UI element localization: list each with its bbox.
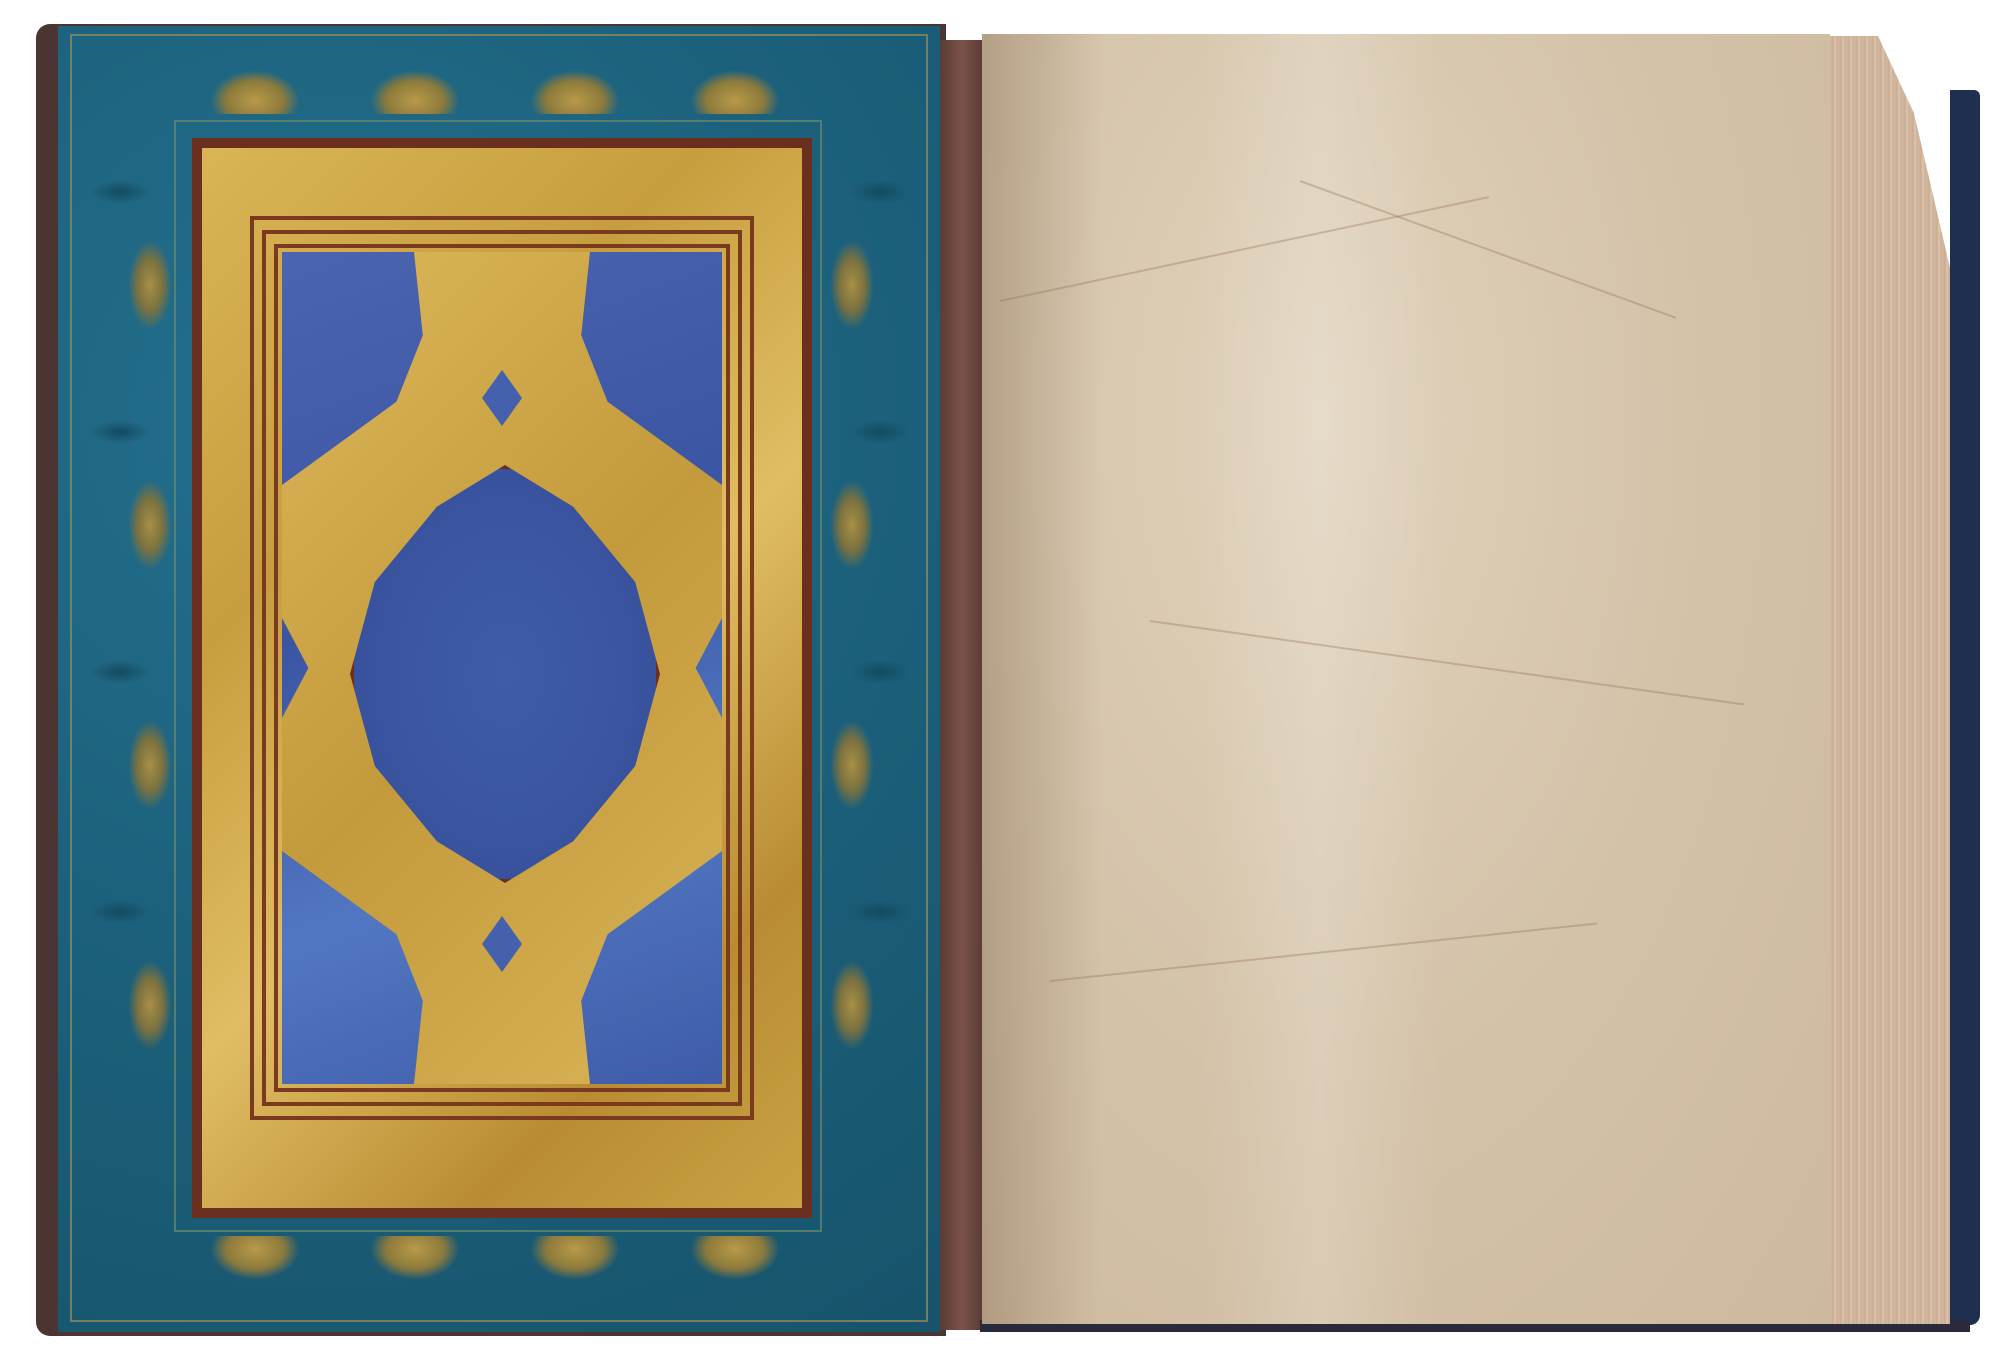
border-ornament-icon (830, 240, 874, 330)
border-ornament-icon (830, 480, 874, 570)
border-ornament-icon (830, 960, 874, 1050)
fleuron-icon (90, 660, 150, 684)
fleuron-icon (90, 420, 150, 444)
spine-hinge (940, 40, 984, 1330)
page-fold-highlight (1200, 34, 1440, 1324)
fleuron-icon (850, 660, 910, 684)
border-ornament-icon (128, 480, 172, 570)
fleuron-icon (850, 900, 910, 924)
gutter-shadow (982, 34, 1102, 1324)
fleuron-icon (850, 180, 910, 204)
fleuron-icon (90, 900, 150, 924)
fore-edge (1830, 36, 1950, 1324)
fleuron-icon (90, 180, 150, 204)
fleuron-icon (850, 420, 910, 444)
border-ornament-icon (128, 960, 172, 1050)
border-ornament-icon (128, 240, 172, 330)
back-cover-edge (1950, 90, 1980, 1325)
border-ornament-icon (830, 720, 874, 810)
border-ornament-icon (128, 720, 172, 810)
